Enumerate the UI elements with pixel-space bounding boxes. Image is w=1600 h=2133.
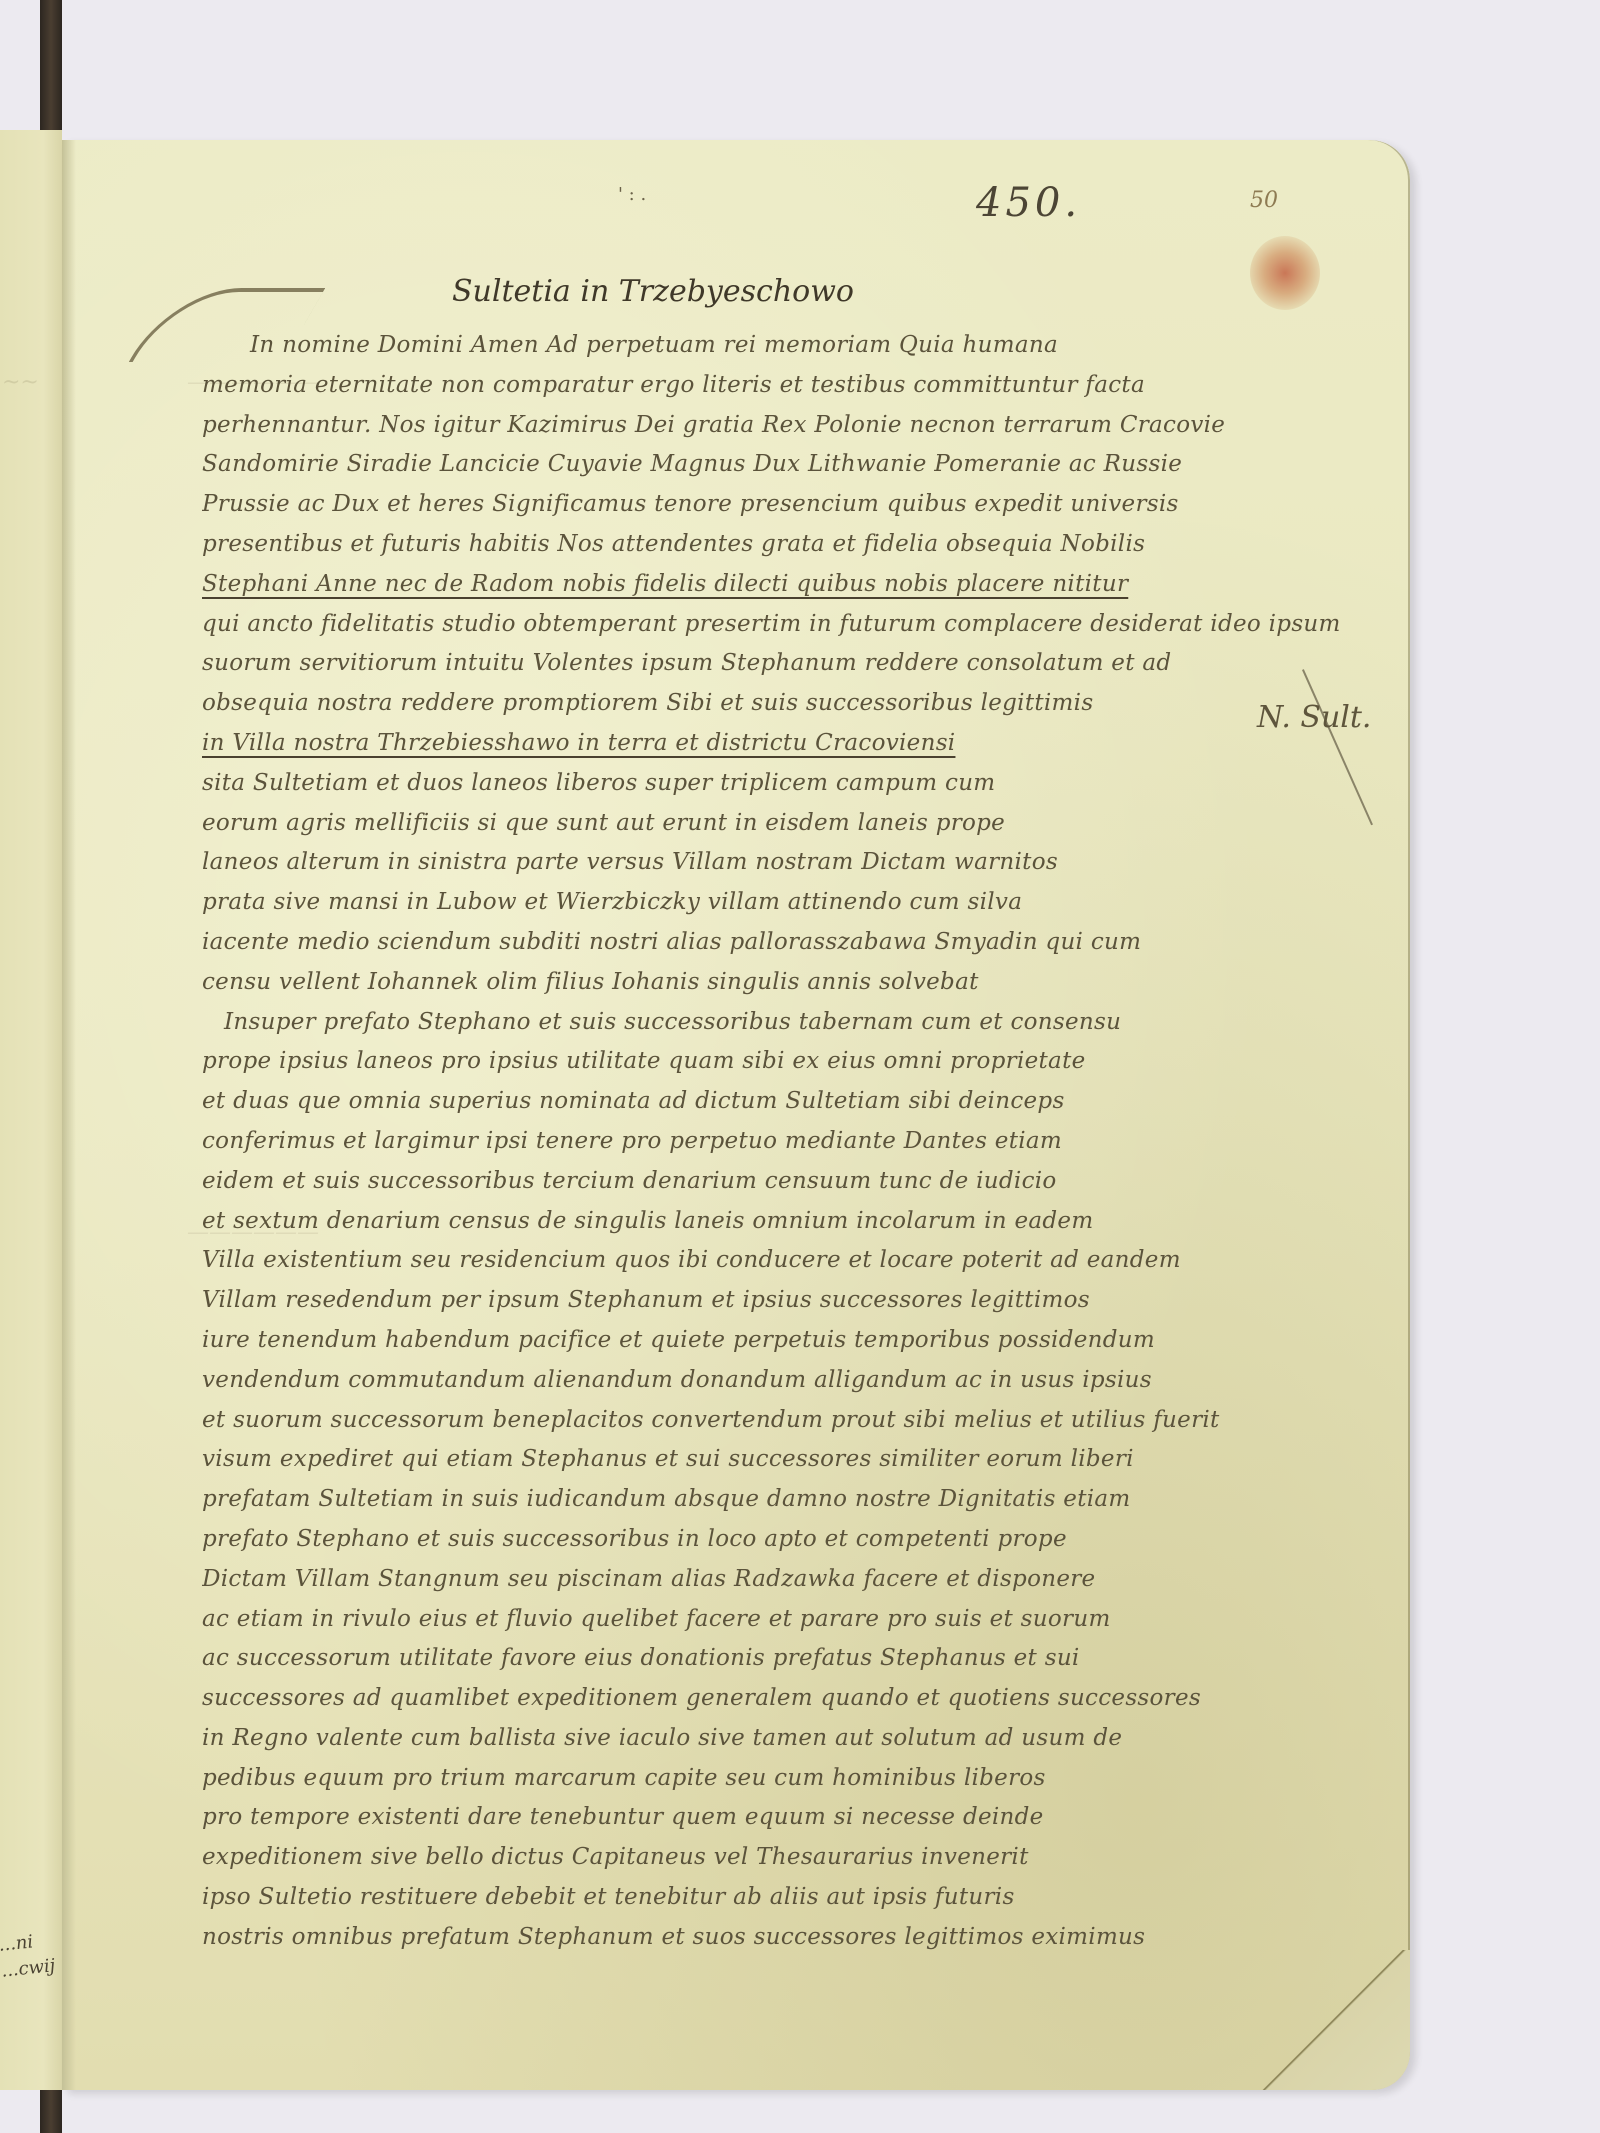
text-line: Dictam Villam Stangnum seu piscinam alia… [202, 1559, 1372, 1599]
text-line: censu vellent Iohannek olim filius Iohan… [202, 962, 1372, 1002]
text-line: visum expediret qui etiam Stephanus et s… [202, 1439, 1372, 1479]
text-line: conferimus et largimur ipsi tenere pro p… [202, 1121, 1372, 1161]
text-line: memoria eternitate non comparatur ergo l… [202, 365, 1372, 405]
text-line: ac etiam in rivulo eius et fluvio quelib… [202, 1599, 1372, 1639]
text-line: prata sive mansi in Lubow et Wierzbiczky… [202, 882, 1372, 922]
bleed-through-text: ~~ [2, 370, 39, 395]
left-page-margin-note: ...ni ...cwij [0, 1927, 57, 1984]
text-line: pedibus equum pro trium marcarum capite … [202, 1758, 1372, 1798]
text-line: sita Sultetiam et duos laneos liberos su… [202, 763, 1372, 803]
text-line: perhennantur. Nos igitur Kazimirus Dei g… [202, 405, 1372, 445]
text-line: Villam resedendum per ipsum Stephanum et… [202, 1280, 1372, 1320]
text-line: presentibus et futuris habitis Nos atten… [202, 524, 1372, 564]
text-line: expeditionem sive bello dictus Capitaneu… [202, 1837, 1372, 1877]
text-line: Sandomirie Siradie Lancicie Cuyavie Magn… [202, 444, 1372, 484]
page-gutter-fold [62, 140, 76, 2090]
text-line: ipso Sultetio restituere debebit et tene… [202, 1877, 1372, 1917]
folded-corner [1260, 1950, 1410, 2090]
text-line: Insuper prefato Stephano et suis success… [202, 1002, 1372, 1042]
document-heading: Sultetia in Trzebyeschowo [452, 274, 854, 309]
manuscript-page: ' : . 450. 50 Sultetia in Trzebyeschowo … [62, 140, 1410, 2090]
text-line: et duas que omnia superius nominata ad d… [202, 1081, 1372, 1121]
text-line: successores ad quamlibet expeditionem ge… [202, 1678, 1372, 1718]
left-margin-note-line: ...cwij [0, 1953, 56, 1985]
old-folio-number: 50 [1250, 188, 1278, 213]
text-line: nostris omnibus prefatum Stephanum et su… [202, 1917, 1372, 1957]
text-line: prope ipsius laneos pro ipsius utilitate… [202, 1041, 1372, 1081]
folio-number: 450. [976, 180, 1081, 226]
text-line: ac successorum utilitate favore eius don… [202, 1638, 1372, 1678]
text-line: Stephani Anne nec de Radom nobis fidelis… [202, 564, 1372, 604]
text-line: In nomine Domini Amen Ad perpetuam rei m… [202, 325, 1372, 365]
text-line: iacente medio sciendum subditi nostri al… [202, 922, 1372, 962]
text-line: qui ancto fidelitatis studio obtemperant… [202, 604, 1372, 644]
text-line: in Regno valente cum ballista sive iacul… [202, 1718, 1372, 1758]
text-line: et suorum successorum beneplacitos conve… [202, 1400, 1372, 1440]
text-line: pro tempore existenti dare tenebuntur qu… [202, 1797, 1372, 1837]
text-line: eorum agris mellificiis si que sunt aut … [202, 803, 1372, 843]
text-line: Prussie ac Dux et heres Significamus ten… [202, 484, 1372, 524]
text-line: prefatam Sultetiam in suis iudicandum ab… [202, 1479, 1372, 1519]
red-wax-stain [1250, 236, 1320, 310]
text-line: suorum servitiorum intuitu Volentes ipsu… [202, 643, 1372, 683]
text-line: Villa existentium seu residencium quos i… [202, 1240, 1372, 1280]
left-facing-page: ~~ ...ni ...cwij [0, 130, 62, 2090]
text-line: vendendum commutandum alienandum donandu… [202, 1360, 1372, 1400]
charter-body-text: In nomine Domini Amen Ad perpetuam rei m… [202, 325, 1372, 1957]
text-line: in Villa nostra Thrzebiesshawo in terra … [202, 723, 1372, 763]
text-line: prefato Stephano et suis successoribus i… [202, 1519, 1372, 1559]
text-line: iure tenendum habendum pacifice et quiet… [202, 1320, 1372, 1360]
text-line: et sextum denarium census de singulis la… [202, 1201, 1372, 1241]
stray-ink-marks: ' : . [618, 184, 646, 205]
text-line: obsequia nostra reddere promptiorem Sibi… [202, 683, 1372, 723]
right-margin-note: N. Sult. [1257, 700, 1371, 735]
text-line: eidem et suis successoribus tercium dena… [202, 1161, 1372, 1201]
text-line: laneos alterum in sinistra parte versus … [202, 842, 1372, 882]
